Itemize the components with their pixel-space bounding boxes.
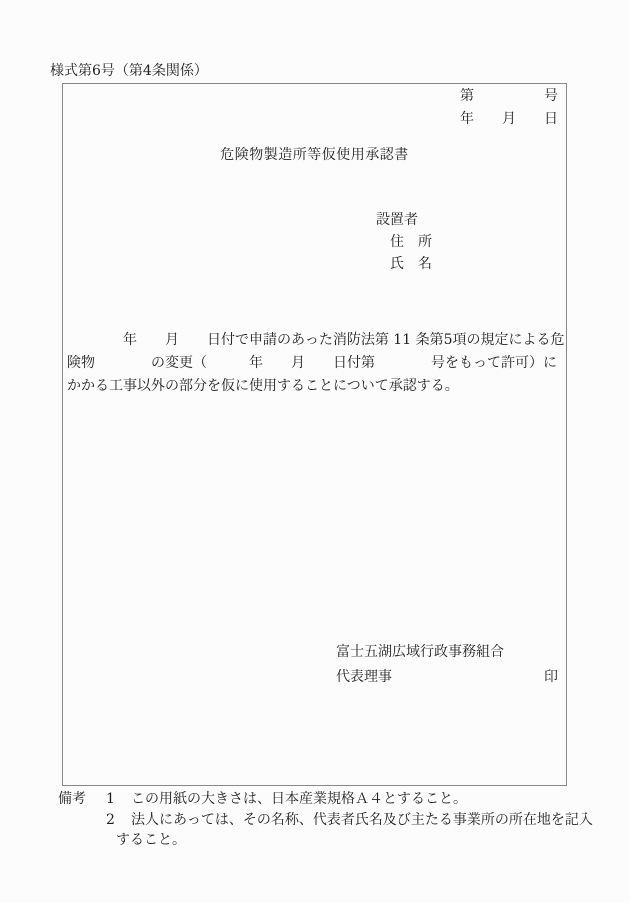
body-text-line: 険物 の変更（ 年 月 日付第 号をもって許可）に [67,355,557,372]
body-text-line: 年 月 日付で申請のあった消防法第 11 条第5項の規定による危 [67,332,564,349]
issuer-title: 代表理事 [336,669,392,686]
certificate-box: 第 号 年 月 日 危険物製造所等仮使用承認書 設置者 住 所 氏 名 年 月 … [62,83,567,786]
body-text-line: かかる工事以外の部分を仮に使用することについて承認する。 [67,378,459,395]
seal-label: 印 [544,669,558,686]
remark-item-text: 法人にあっては、その名称、代表者氏名及び主たる事業所の所在地を記入 [131,812,593,829]
issue-date-line: 年 月 日 [460,111,558,128]
remarks-label: 備考 [58,791,86,808]
installer-name-label: 氏 名 [390,256,432,273]
remark-item-number: 2 [106,812,115,829]
document-page: 様式第6号（第4条関係） 第 号 年 月 日 危険物製造所等仮使用承認書 設置者… [0,0,630,903]
doc-number-line: 第 号 [460,88,558,105]
remark-item-text: この用紙の大きさは、日本産業規格Ａ４とすること。 [131,791,467,808]
installer-heading: 設置者 [376,212,418,229]
remark-item-number: 1 [106,791,115,808]
document-title: 危険物製造所等仮使用承認書 [63,147,566,164]
installer-address-label: 住 所 [390,234,432,251]
issuer-signature-row: 代表理事 印 [336,669,558,686]
form-label: 様式第6号（第4条関係） [50,63,208,80]
issuer-organization: 富士五湖広域行政事務組合 [336,644,504,661]
remark-item-text: すること。 [116,832,186,849]
